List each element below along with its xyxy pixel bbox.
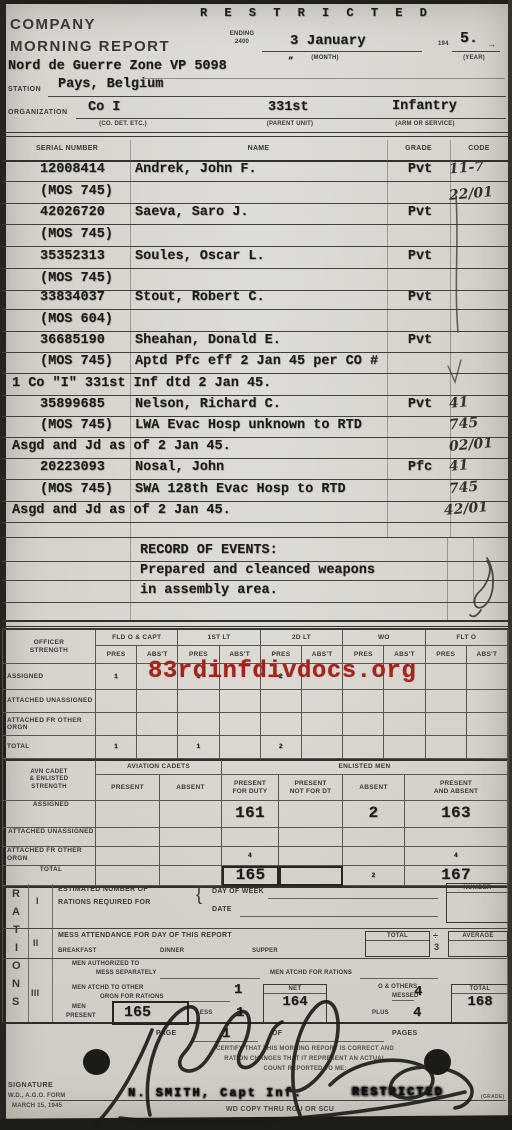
org-arm-sublabel: (ARM OR SERVICE) [370, 121, 480, 127]
officer-assigned-fldo-pres: 1 [96, 664, 137, 690]
mos-note: (MOS 745) [40, 482, 113, 497]
total-present-for-duty: 165 [222, 866, 279, 886]
form-date-line: MARCH 15, 1945 [12, 1103, 62, 1109]
roster-row: (MOS 745) [2, 225, 508, 247]
roster-row: 35899685Nelson, Richard C.Pvt41 [2, 395, 508, 417]
watermark-text: 83rdinfdivdocs.org [148, 658, 416, 685]
plus-value: 4 [413, 1005, 421, 1021]
grade-value: Pvt [389, 333, 451, 348]
attached-present-for-duty: 4 [222, 847, 279, 866]
roster-row: (MOS 745)22/01 [2, 182, 508, 204]
grade-value: Pvt [389, 290, 451, 305]
roster-row: 42026720Saeva, Saro J.Pvt [2, 203, 508, 225]
grade-value: Pvt [389, 162, 451, 177]
men-authorized-label: MEN AUTHORIZED TO [72, 961, 139, 967]
remark-text: 1 Co "I" 331st Inf dtd 2 Jan 45. [12, 376, 271, 391]
assigned-present-and-absent: 163 [405, 801, 508, 828]
average-label: AVERAGE [449, 932, 507, 941]
report-date: 3 January [290, 33, 366, 49]
morning-report-scan: R E S T R I C T E D COMPANY MORNING REPO… [0, 0, 512, 1130]
row-label-attached-unassigned: ATTACHED UNASSIGNED [3, 828, 96, 847]
mess-total-box: TOTAL [365, 931, 430, 957]
date-rule [262, 51, 422, 52]
remark-text: Asgd and Jd as of 2 Jan 45. [12, 503, 231, 518]
soldier-name: Nelson, Richard C. [135, 397, 281, 412]
mos-note: (MOS 745) [40, 227, 113, 242]
day-of-week-label: DAY OF WEEK [212, 888, 264, 895]
roster-row: 36685190Sheahan, Donald E.Pvt [2, 331, 508, 353]
row-label-total: TOTAL [3, 736, 96, 759]
certification-line-1: CERTIFY THAT THIS MORNING REPORT IS CORR… [160, 1046, 450, 1052]
roster-header-serial: SERIAL NUMBER [12, 145, 122, 152]
date-rule-2 [240, 916, 438, 917]
roster-header-name: NAME [130, 145, 387, 152]
code-handwritten: 41 [448, 394, 469, 412]
less-label: LESS [196, 1010, 212, 1016]
messed-rule [392, 1000, 414, 1001]
roster-row: Asgd and Jd as of 2 Jan 45.42/01 [2, 501, 508, 523]
of-label: OF [272, 1030, 282, 1037]
serial-number: 12008414 [40, 162, 105, 177]
grade-value: Pvt [389, 397, 451, 412]
present-label: PRESENT [66, 1013, 96, 1019]
officer-total-fldo-pres: 1 [96, 736, 137, 759]
breakfast-label: BREAKFAST [58, 948, 96, 954]
assigned-present-for-duty: 161 [222, 801, 279, 828]
mos-note: (MOS 604) [40, 312, 113, 327]
double-rule [2, 620, 508, 627]
col-absent: ABSENT [160, 775, 222, 801]
roman-i: I [36, 896, 39, 906]
men-label: MEN [72, 1004, 86, 1010]
punch-hole-right [424, 1049, 451, 1075]
rations-letter-a: A [12, 906, 20, 918]
rations-letter-o: O [12, 960, 21, 972]
grade-sublabel: (GRADE) [481, 1094, 505, 1100]
rations-bottom-rule [2, 1022, 507, 1027]
year-arrow-mark: → [487, 39, 496, 49]
net-box: NET 164 [263, 984, 327, 1023]
divide-sign: ÷ [433, 931, 438, 941]
attached-present-and-absent: 4 [405, 847, 508, 866]
distribution-line: WD COPY THRU RGU OR SCU [160, 1106, 400, 1113]
roster-row: (MOS 745)Aptd Pfc eff 2 Jan 45 per CO # [2, 352, 508, 374]
code-handwritten: 745 [448, 415, 479, 433]
double-rule [2, 132, 508, 137]
o-and-others-value: 4 [414, 984, 422, 1000]
sub-pres: PRES [426, 646, 467, 664]
certification-line-3: COUNT REPORTED TO ME: [160, 1066, 450, 1072]
code-handwritten: 02/01 [448, 435, 493, 455]
ending-hour: 2400 [222, 39, 262, 45]
org-parent-unit: 331st [268, 100, 309, 115]
year-rule [452, 51, 500, 52]
rations-estimated-label-1: ESTIMATED NUMBER OF [58, 886, 148, 893]
rations-left-border [2, 884, 3, 1024]
sub-abst: ABS'T [467, 646, 508, 664]
roster-header-grade: GRADE [387, 145, 450, 152]
year-printed: 194 [438, 41, 449, 47]
plus-label: PLUS [372, 1010, 389, 1016]
net-label: NET [264, 985, 326, 994]
mos-note: (MOS 745) [40, 354, 113, 369]
events-rule-2 [2, 580, 508, 581]
roster-row: (MOS 745)LWA Evac Hosp unknown to RTD745 [2, 416, 508, 438]
men-present-box: 165 [112, 1001, 189, 1025]
col-present-for-duty: PRESENTFOR DUTY [222, 775, 279, 801]
officer-group-1stlt: 1ST LT [178, 630, 260, 646]
roster-row: 12008414Andrek, John F.Pvt11-7 [2, 160, 508, 182]
officer-group-fldo: FLD O & CAPT [96, 630, 178, 646]
soldier-name: Andrek, John F. [135, 162, 257, 177]
rations-total-value: 168 [452, 994, 508, 1010]
total-absent: 2 [343, 866, 405, 886]
men-atchd-rule [360, 978, 438, 979]
code-handwritten: 11-7 [448, 159, 484, 178]
mess-total-label: TOTAL [366, 932, 429, 941]
zone-rule [145, 78, 505, 79]
typed-name: N. SMITH, Capt Inf. [128, 1086, 303, 1100]
o-and-others-label: O & OTHERS [378, 984, 417, 990]
serial-number: 33834037 [40, 290, 105, 305]
form-number-line: W.D., A.G.O. FORM [8, 1093, 66, 1099]
org-arm-service: Infantry [392, 99, 457, 114]
mos-note: (MOS 745) [40, 418, 113, 433]
rations-rule-1 [2, 928, 507, 929]
grade-value: Pvt [389, 249, 451, 264]
events-divider-2 [447, 538, 448, 620]
roster-row: 1 Co "I" 331st Inf dtd 2 Jan 45. [2, 374, 508, 396]
serial-number: 20223093 [40, 460, 105, 475]
dinner-label: DINNER [160, 948, 184, 954]
events-rule-3 [2, 602, 508, 603]
officer-total-2dlt-pres: 2 [261, 736, 302, 759]
page-rule-2 [296, 1041, 384, 1042]
men-atchd-rations-label: MEN ATCHD FOR RATIONS [270, 970, 352, 976]
assigned-absent: 2 [343, 801, 405, 828]
average-box: AVERAGE [448, 931, 508, 957]
soldier-name: Soules, Oscar L. [135, 249, 265, 264]
rations-letter-n: N [12, 978, 20, 990]
officer-group-2dlt: 2D LT [261, 630, 343, 646]
roster-row: Asgd and Jd as of 2 Jan 45.02/01 [2, 437, 508, 459]
grade-value: Pfc [389, 460, 451, 475]
station-value: Pays, Belgium [58, 77, 163, 92]
month-label: (MONTH) [300, 55, 350, 61]
rations-letter-t: T [13, 924, 20, 936]
rations-estimated-label-2: RATIONS REQUIRED FOR [58, 899, 151, 906]
row-label-assigned: ASSIGNED [3, 801, 96, 828]
pages-label: PAGES [392, 1030, 418, 1037]
mos-note: (MOS 745) [40, 271, 113, 286]
form-title-line2: MORNING REPORT [10, 38, 170, 55]
col-present-and-absent: PRESENTAND ABSENT [405, 775, 508, 801]
officer-total-1stlt-pres: 1 [178, 736, 219, 759]
soldier-name: Stout, Robert C. [135, 290, 265, 305]
men-atchd-other-label-1: MEN ATCHD TO OTHER [72, 985, 144, 991]
serial-number: 35899685 [40, 397, 105, 412]
org-unit: Co I [88, 100, 120, 115]
events-rule-1 [2, 561, 508, 562]
officer-strength-label: OFFICERSTRENGTH [3, 630, 96, 664]
serial-number: 42026720 [40, 205, 105, 220]
org-parent-sublabel: (PARENT UNIT) [240, 121, 340, 127]
roster-blank-row [2, 522, 508, 538]
roster-header-code: CODE [450, 145, 508, 152]
code-handwritten: 41 [448, 457, 469, 475]
enlisted-strength-table: AVN CADET& ENLISTEDSTRENGTH AVIATION CAD… [2, 760, 509, 888]
remark-text: Aptd Pfc eff 2 Jan 45 per CO # [135, 354, 378, 369]
officer-strength-table: OFFICERSTRENGTH FLD O & CAPT 1ST LT 2D L… [2, 628, 509, 761]
year-label: (YEAR) [452, 55, 496, 61]
form-title-line1: COMPANY [10, 16, 96, 33]
net-value: 164 [264, 994, 326, 1010]
soldier-name: Sheahan, Donald E. [135, 333, 281, 348]
group-enlisted-men: ENLISTED MEN [222, 760, 508, 775]
col-absent-2: ABSENT [343, 775, 405, 801]
col-present: PRESENT [96, 775, 160, 801]
events-divider-3 [473, 538, 474, 602]
row-label-assigned: ASSIGNED [3, 664, 96, 690]
org-rule [76, 118, 506, 119]
punch-hole-left [83, 1049, 110, 1075]
events-line-2: in assembly area. [140, 583, 278, 598]
grade-value: Pvt [389, 205, 451, 220]
remark-text: SWA 128th Evac Hosp to RTD [135, 482, 346, 497]
rations-total-box: TOTAL 168 [451, 984, 509, 1023]
restricted-stamp: RESTRICTED [352, 1085, 444, 1099]
serial-number: 35352313 [40, 249, 105, 264]
certification-line-2: RATION CHANGES THAT IT REPRESENT AN ACTU… [160, 1056, 450, 1062]
station-label: STATION [8, 86, 41, 93]
rations-total-label: TOTAL [452, 985, 508, 994]
page-rule-1 [190, 1041, 258, 1042]
officer-group-flto: FLT O [426, 630, 508, 646]
station-rule [48, 96, 506, 97]
events-divider-1 [130, 538, 131, 620]
mess-attendance-label: MESS ATTENDANCE FOR DAY OF THIS REPORT [58, 932, 232, 939]
mess-separately-label: MESS SEPARATELY [96, 970, 157, 976]
zone-superscript-mark: ” [288, 56, 293, 66]
supper-label: SUPPER [252, 948, 278, 954]
date-label: DATE [212, 906, 232, 913]
enlisted-strength-label: AVN CADET& ENLISTEDSTRENGTH [3, 760, 96, 801]
roster-row: 35352313Soules, Oscar L.Pvt [2, 247, 508, 269]
page-value: 1 [222, 1026, 230, 1042]
roster-header-row: SERIAL NUMBER NAME GRADE CODE [2, 140, 508, 162]
code-handwritten: 22/01 [448, 184, 493, 204]
roster-row: (MOS 745)SWA 128th Evac Hosp to RTD745 [2, 480, 508, 502]
classification-banner: R E S T R I C T E D [200, 6, 420, 20]
mos-note: (MOS 745) [40, 184, 113, 199]
less-value: 1 [236, 1005, 244, 1021]
events-title: RECORD OF EVENTS: [140, 543, 278, 558]
code-handwritten: 42/01 [443, 499, 488, 519]
number-label: NUMBER [447, 884, 508, 893]
code-handwritten: 745 [448, 479, 479, 497]
org-unit-sublabel: (CO. DET. ETC.) [78, 121, 168, 127]
rations-rail-1 [28, 884, 29, 1024]
soldier-name: Saeva, Saro J. [135, 205, 248, 220]
rations-letter-s: S [12, 996, 20, 1008]
men-atchd-other-value: 1 [234, 982, 242, 998]
men-atchd-other-label-2: ORGN FOR RATIONS [100, 994, 164, 1000]
brace-glyph: { [196, 884, 202, 905]
scan-edge-right [508, 0, 512, 1130]
number-box: NUMBER [446, 883, 509, 923]
soldier-name: Nosal, John [135, 460, 224, 475]
zone-line: Nord de Guerre Zone VP 5098 [8, 59, 227, 74]
roster-row: 33834037Stout, Robert C.Pvt [2, 288, 508, 310]
day-of-week-rule [268, 898, 438, 899]
mess-separately-rule [160, 978, 260, 979]
serial-number: 36685190 [40, 333, 105, 348]
rations-rail-2 [52, 884, 53, 1024]
group-aviation-cadets: AVIATION CADETS [96, 760, 222, 775]
scan-edge-top [0, 0, 512, 4]
roster-row: 20223093Nosal, JohnPfc41 [2, 458, 508, 480]
remark-text: Asgd and Jd as of 2 Jan 45. [12, 439, 231, 454]
divide-by-three: 3 [434, 942, 439, 952]
ending-label: ENDING [222, 31, 262, 37]
rations-letter-r: R [12, 888, 20, 900]
organization-label: ORGANIZATION [8, 109, 68, 116]
rations-letter-i: I [15, 942, 18, 954]
remark-text: LWA Evac Hosp unknown to RTD [135, 418, 362, 433]
signature-rule [50, 1100, 506, 1101]
scan-edge-bottom [0, 1115, 512, 1130]
year-written: 5. [460, 30, 478, 47]
row-label-total: TOTAL [3, 866, 96, 886]
sub-pres: PRES [96, 646, 137, 664]
row-label-attached-fr-other: ATTACHED FR OTHER ORGN [3, 713, 96, 736]
roman-ii: II [33, 938, 39, 948]
page-label: PAGE [156, 1030, 177, 1037]
roman-iii: III [31, 988, 39, 998]
signature-label: SIGNATURE [8, 1082, 53, 1089]
rations-rule-2 [2, 958, 507, 959]
men-present-value: 165 [124, 1004, 151, 1021]
officer-group-wo: WO [343, 630, 425, 646]
row-label-attached-fr-other: ATTACHED FR OTHER ORGN [3, 847, 96, 866]
events-line-1: Prepared and cleanced weapons [140, 563, 375, 578]
total-present-not-for-duty-empty [279, 866, 343, 886]
col-present-not-for-duty: PRESENTNOT FOR DT [279, 775, 343, 801]
roster-row: (MOS 604) [2, 310, 508, 332]
row-label-attached-unassigned: ATTACHED UNASSIGNED [3, 690, 96, 713]
